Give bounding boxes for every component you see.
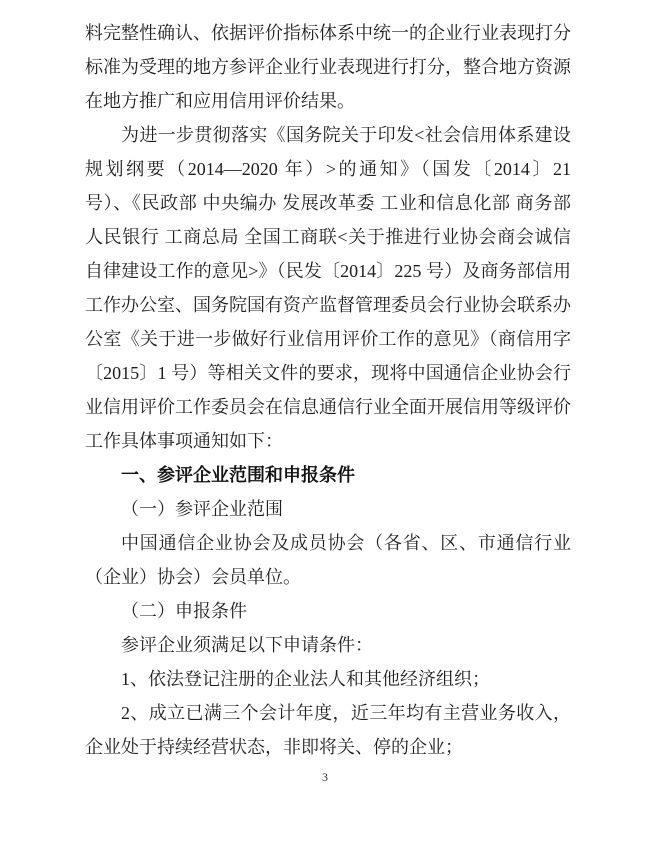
paragraph-policy-basis: 为进一步贯彻落实《国务院关于印发<社会信用体系建设规划纲要（2014—2020 …: [85, 118, 571, 458]
paragraph-scope-detail: 中国通信企业协会及成员协会（各省、区、市通信行业（企业）协会）会员单位。: [85, 526, 571, 594]
page-footer: 3: [0, 768, 650, 786]
condition-item-1: 1、依法登记注册的企业法人和其他经济组织；: [85, 662, 571, 696]
subsection-heading-conditions: （二）申报条件: [85, 594, 571, 628]
page-number: 3: [322, 770, 328, 784]
paragraph-conditions-intro: 参评企业须满足以下申请条件：: [85, 628, 571, 662]
document-page: 料完整性确认、依据评价指标体系中统一的企业行业表现打分标准为受理的地方参评企业行…: [0, 0, 650, 849]
section-heading-1: 一、参评企业范围和申报条件: [85, 458, 571, 492]
subsection-heading-scope: （一）参评企业范围: [85, 492, 571, 526]
document-body: 料完整性确认、依据评价指标体系中统一的企业行业表现打分标准为受理的地方参评企业行…: [85, 16, 571, 764]
paragraph-continued-from-previous-page: 料完整性确认、依据评价指标体系中统一的企业行业表现打分标准为受理的地方参评企业行…: [85, 16, 571, 118]
condition-item-2: 2、成立已满三个会计年度，近三年均有主营业务收入，企业处于持续经营状态，非即将关…: [85, 696, 571, 764]
